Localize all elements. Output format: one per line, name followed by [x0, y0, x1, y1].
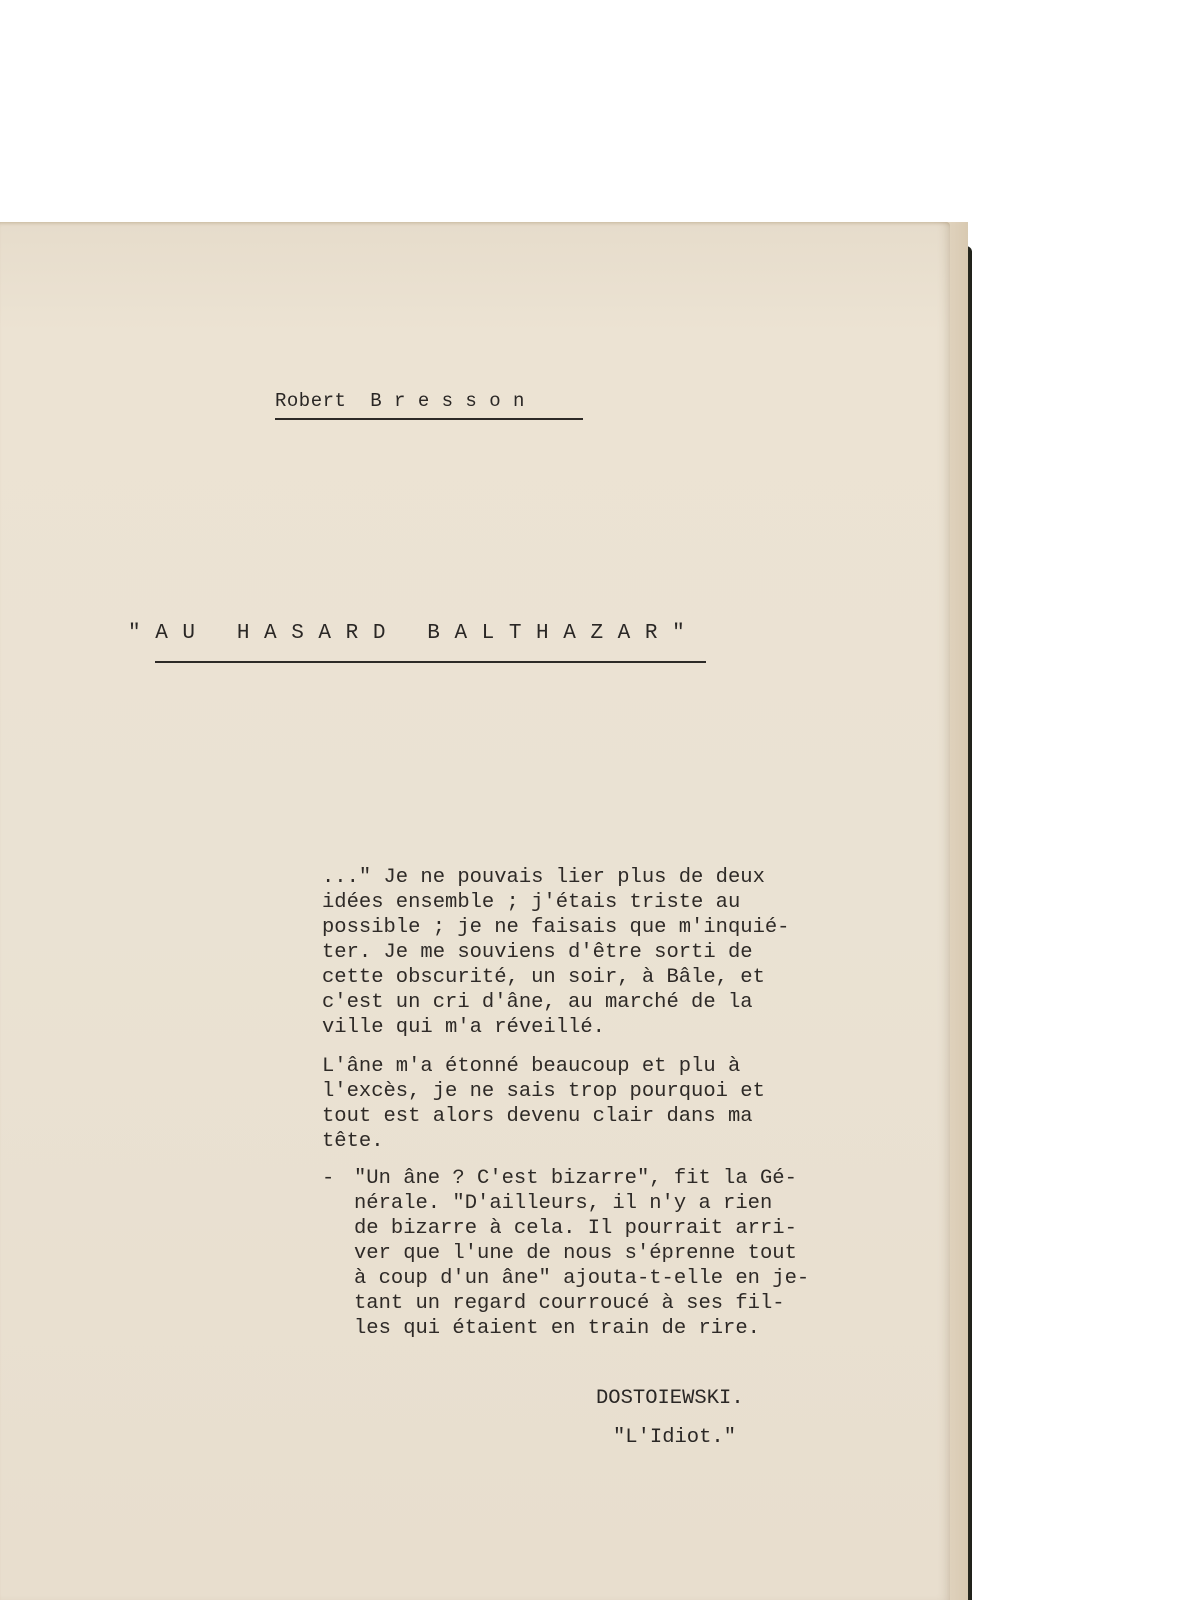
title-underline — [155, 661, 706, 663]
epigraph-paragraph-2: L'âne m'a étonné beaucoup et plu à l'exc… — [322, 1054, 765, 1154]
dialogue-dash: - — [322, 1166, 334, 1191]
author-underline — [275, 418, 583, 420]
epigraph-paragraph-3: "Un âne ? C'est bizarre", fit la Gé- nér… — [354, 1166, 809, 1341]
attribution-work: "L'Idiot." — [613, 1426, 736, 1449]
attribution-author: DOSTOIEWSKI. — [596, 1387, 744, 1410]
document-title: " A U H A S A R D B A L T H A Z A R " — [128, 622, 686, 645]
epigraph-paragraph-1: ..." Je ne pouvais lier plus de deux idé… — [322, 865, 789, 1040]
author-name: Robert B r e s s o n — [275, 390, 525, 412]
